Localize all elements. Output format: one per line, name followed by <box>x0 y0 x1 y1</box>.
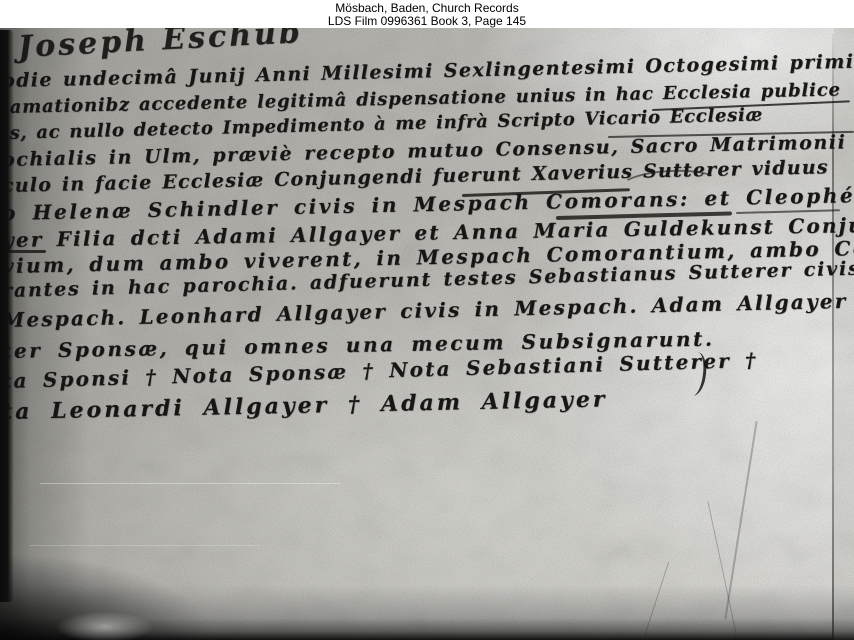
film-reference: LDS Film 0996361 Book 3, Page 145 <box>0 15 854 28</box>
caption-header: Mösbach, Baden, Church Records LDS Film … <box>0 0 854 28</box>
film-scratch <box>40 483 340 484</box>
right-margin-shading <box>834 27 854 640</box>
microfilm-scan-page: Mösbach, Baden, Church Records LDS Film … <box>0 0 854 640</box>
binding-shadow <box>0 30 14 602</box>
film-scratch <box>30 545 260 546</box>
record-title: Mösbach, Baden, Church Records <box>0 0 854 15</box>
